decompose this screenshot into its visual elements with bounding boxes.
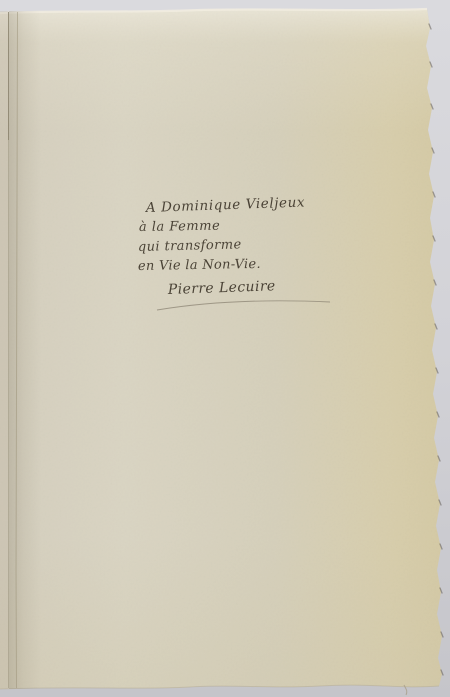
photo-canvas: A Dominique Vieljeux à la Femme qui tran…: [0, 0, 450, 697]
book-page: [0, 9, 443, 695]
dedication-line-2: à la Femme: [139, 219, 221, 235]
book-photo: A Dominique Vieljeux à la Femme qui tran…: [0, 0, 450, 697]
dedication-line-3: qui transforme: [138, 237, 242, 255]
binding-gutter: [0, 11, 41, 689]
dedication-line-4: en Vie la Non-Vie.: [138, 257, 261, 274]
